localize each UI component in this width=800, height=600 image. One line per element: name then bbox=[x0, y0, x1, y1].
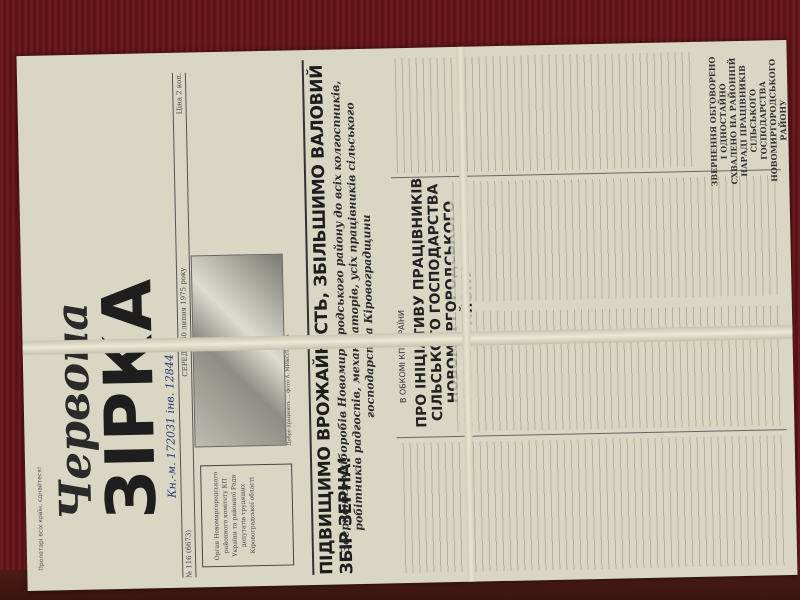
text-column bbox=[400, 435, 788, 573]
price: Ціна 2 коп. bbox=[175, 73, 184, 115]
title-block: ЗІРКА bbox=[88, 276, 172, 519]
text-column bbox=[452, 305, 784, 432]
text-column bbox=[449, 175, 781, 302]
slogan: Пролетарі всіх країн, єднайтеся! bbox=[36, 467, 45, 571]
organ-box: Орган Новомиргородського районного коміт… bbox=[200, 463, 294, 567]
masthead: Пролетарі всіх країн, єднайтеся! Червона… bbox=[22, 63, 183, 581]
side-article-title: ЗВЕРНЕННЯ ОБГОВОРЕНО І ОДНОСТАЙНО СХВАЛЕ… bbox=[707, 55, 790, 187]
newspaper-sheet: Пролетарі всіх країн, єднайтеся! Червона… bbox=[16, 40, 797, 591]
issue-number: № 116 (6673) bbox=[184, 530, 193, 578]
section-label: В ОБКОМІ КП УКРАЇНИ bbox=[397, 310, 408, 403]
newspaper-content: Пролетарі всіх країн, єднайтеся! Червона… bbox=[16, 40, 797, 591]
issue-date: СЕРЕДА, 30 липня 1975 року bbox=[179, 267, 189, 376]
handwritten-note: Кн.-м. 172031 інв. 12844 bbox=[163, 354, 179, 498]
text-column bbox=[392, 52, 694, 173]
